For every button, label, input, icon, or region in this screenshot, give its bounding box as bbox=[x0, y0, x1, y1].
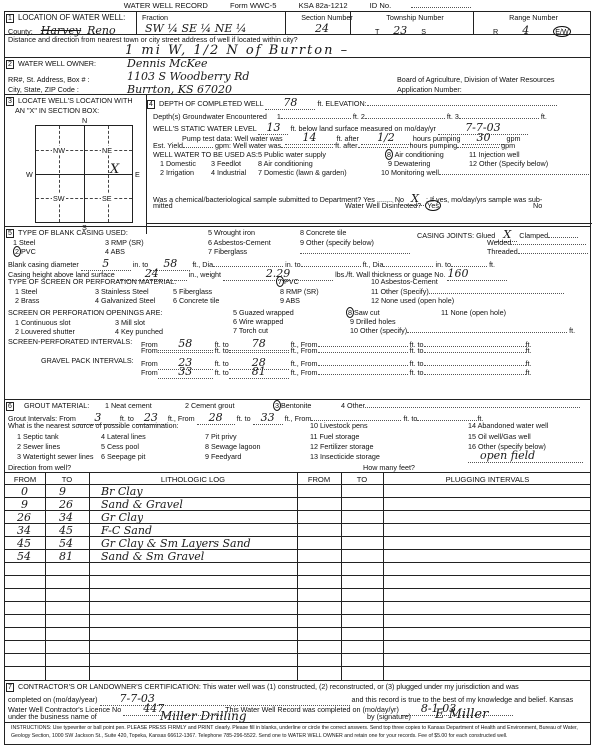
use-option[interactable]: 5 Public water supply bbox=[258, 150, 326, 159]
casing-option[interactable]: 6 Asbestos-Cement bbox=[208, 238, 271, 247]
signature-label: by (signature) bbox=[367, 712, 411, 721]
use-option[interactable]: 2 Irrigation bbox=[160, 168, 194, 177]
casing-option[interactable]: 3 RMP (SR) bbox=[105, 238, 144, 247]
nw-label: NW bbox=[52, 146, 66, 155]
how-many-feet-label: How many feet? bbox=[363, 463, 415, 472]
ksa-number: KSA 82a-1212 bbox=[299, 1, 348, 10]
gravel-intervals-label: GRAVEL PACK INTERVALS: bbox=[41, 356, 134, 365]
divider bbox=[297, 472, 298, 680]
instructions-text: INSTRUCTIONS: Use typewriter or ball poi… bbox=[11, 724, 587, 740]
groundwater-field[interactable]: Depth(s) Groundwater Encountered 1 ft. 2… bbox=[153, 112, 547, 121]
location-mark: X bbox=[110, 162, 119, 177]
gravel-interval-row[interactable]: From33 ft. to81 ft., From ft. toft. bbox=[141, 365, 532, 379]
disinfected-yes[interactable]: Yes bbox=[425, 200, 441, 211]
address-value[interactable]: 1103 S Woodberry Rd bbox=[127, 70, 249, 83]
disinfected-no[interactable]: No bbox=[533, 201, 542, 210]
contamination-option[interactable]: 10 Livestock pens bbox=[310, 421, 368, 430]
form-frame: 1LOCATION OF WATER WELL: County: Harvey … bbox=[4, 11, 591, 745]
divider bbox=[89, 472, 90, 680]
casing-other-field[interactable] bbox=[300, 247, 410, 256]
divider bbox=[45, 472, 46, 680]
casing-option[interactable]: 9 Other (specify below) bbox=[300, 238, 374, 247]
grout-option[interactable]: 4 Other bbox=[341, 401, 580, 410]
screen-option[interactable]: 12 None used (open hole) bbox=[371, 296, 454, 305]
screen-option[interactable]: 1 Steel bbox=[15, 287, 37, 296]
section-box[interactable]: NW NE SW SE X bbox=[35, 125, 133, 223]
divider bbox=[5, 226, 590, 227]
application-label: Application Number: bbox=[397, 85, 462, 94]
divider bbox=[146, 223, 592, 224]
form-header: WATER WELL RECORD Form WWC-5 KSA 82a-121… bbox=[0, 1, 595, 10]
depth-field[interactable]: 4DEPTH OF COMPLETED WELL 78 ft. ELEVATIO… bbox=[147, 96, 557, 110]
sw-label: SW bbox=[52, 194, 66, 203]
openings-label: SCREEN OR PERFORATION OPENINGS ARE: bbox=[8, 308, 162, 317]
sample-mitted: mitted bbox=[153, 201, 173, 210]
opening-option[interactable]: 3 Mill slot bbox=[115, 318, 145, 327]
use-option[interactable]: 1 Domestic bbox=[160, 159, 196, 168]
locate-label: 3LOCATE WELL'S LOCATION WITH bbox=[6, 96, 133, 106]
yield-field[interactable]: Est. Yield gpm: Well water was ft. after… bbox=[153, 141, 515, 150]
range-value: 4 bbox=[522, 24, 529, 37]
casing-option[interactable]: 8 Concrete tile bbox=[300, 228, 346, 237]
divider bbox=[285, 12, 286, 34]
contamination-option[interactable]: 13 Insecticide storage bbox=[310, 452, 380, 461]
range-field[interactable]: R 4 E/W bbox=[493, 24, 571, 37]
board-label: Board of Agriculture, Division of Water … bbox=[397, 75, 555, 84]
contamination-option[interactable]: 4 Lateral lines bbox=[101, 432, 146, 441]
divider bbox=[5, 722, 590, 723]
use-option[interactable]: 9 Dewatering bbox=[388, 159, 430, 168]
opening-option[interactable]: 9 Drilled holes bbox=[350, 317, 396, 326]
opening-option[interactable]: 1 Continuous slot bbox=[15, 318, 71, 327]
city-label: City, State, ZIP Code : bbox=[8, 85, 79, 94]
contamination-option[interactable]: 12 Fertilizer storage bbox=[310, 442, 374, 451]
screen-option[interactable]: 3 Stainless Steel bbox=[95, 287, 149, 296]
screen-interval-row[interactable]: From ft. to ft., From ft. toft. bbox=[141, 346, 532, 355]
screen-option-selected[interactable]: 7PVC bbox=[276, 277, 299, 286]
divider bbox=[5, 680, 590, 681]
form-title: WATER WELL RECORD bbox=[124, 1, 208, 10]
opening-option[interactable]: 10 Other (specify) ft. bbox=[350, 326, 575, 335]
contamination-option[interactable]: 9 Feedyard bbox=[205, 452, 241, 461]
use-option[interactable]: 3 Feedlot bbox=[211, 159, 241, 168]
casing-option[interactable]: 5 Wrought iron bbox=[208, 228, 255, 237]
opening-option[interactable]: 4 Key punched bbox=[115, 327, 163, 336]
use-option[interactable]: 10 Monitoring well bbox=[381, 168, 589, 177]
contamination-option[interactable]: 14 Abandoned water well bbox=[468, 421, 548, 430]
use-option[interactable]: 7 Domestic (lawn & garden) bbox=[258, 168, 347, 177]
fraction-label: Fraction bbox=[142, 13, 168, 22]
lithologic-log-table: FROM TO LITHOLOGIC LOG FROM TO PLUGGING … bbox=[5, 472, 590, 682]
use-option[interactable]: 12 Other (Specify below) bbox=[469, 159, 548, 168]
township-field[interactable]: T 23 S bbox=[375, 24, 426, 37]
north-label: N bbox=[82, 116, 87, 125]
opening-option[interactable]: 5 Guazed wrapped bbox=[233, 308, 294, 317]
contamination-option[interactable]: 6 Seepage pit bbox=[101, 452, 145, 461]
opening-option[interactable]: 7 Torch cut bbox=[233, 326, 268, 335]
east-label: E bbox=[135, 170, 140, 179]
contamination-option[interactable]: 5 Cess pool bbox=[101, 442, 139, 451]
threaded-field[interactable]: Threaded bbox=[487, 247, 588, 256]
distance-value[interactable]: 1 mi W, 1/2 N of Burrton – bbox=[125, 43, 349, 58]
divider bbox=[383, 472, 384, 680]
section1-heading: 1LOCATION OF WATER WELL: bbox=[6, 13, 125, 23]
grout-option[interactable]: 1 Neat cement bbox=[105, 401, 152, 410]
screen-option[interactable]: 11 Other (Specify) bbox=[371, 287, 564, 296]
screen-intervals-label: SCREEN-PERFORATED INTERVALS: bbox=[8, 337, 132, 346]
contamination-option[interactable]: 3 Watertight sewer lines bbox=[17, 452, 93, 461]
opening-option[interactable]: 2 Louvered shutter bbox=[15, 327, 75, 336]
township-value: 23 bbox=[393, 24, 407, 37]
signature-value[interactable]: E Miller bbox=[435, 707, 488, 722]
grout-option-selected[interactable]: 3Bentonite bbox=[273, 401, 311, 410]
screen-option[interactable]: 2 Brass bbox=[15, 296, 39, 305]
use-option-selected[interactable]: 8 Air conditioning bbox=[385, 150, 444, 159]
screen-option[interactable]: 9 ABS bbox=[280, 296, 300, 305]
opening-option-selected[interactable]: 8Saw cut bbox=[346, 308, 380, 317]
range-direction-circled: E/W bbox=[553, 26, 571, 37]
disinfected-field[interactable]: Water Well Disinfected? Yes No bbox=[345, 201, 542, 210]
divider bbox=[5, 399, 590, 400]
screen-option[interactable]: 5 Fiberglass bbox=[173, 287, 212, 296]
id-label: ID No. bbox=[370, 1, 392, 10]
direction-label: Direction from well? bbox=[8, 463, 71, 472]
grout-option[interactable]: 2 Cement grout bbox=[185, 401, 235, 410]
ne-label: NE bbox=[101, 146, 113, 155]
screen-material-label: TYPE OF SCREEN OR PERFORATION MATERIAL: bbox=[8, 277, 176, 286]
screen-option[interactable]: 4 Galvanized Steel bbox=[95, 296, 155, 305]
contamination-option[interactable]: 2 Sewer lines bbox=[17, 442, 60, 451]
se-label: SE bbox=[101, 194, 113, 203]
township-label: Township Number bbox=[355, 13, 475, 22]
casing-option[interactable]: 4 ABS bbox=[105, 247, 125, 256]
divider bbox=[5, 57, 590, 58]
contamination-option[interactable]: 8 Sewage lagoon bbox=[205, 442, 261, 451]
owner-value[interactable]: Dennis McKee bbox=[127, 57, 208, 70]
opening-option[interactable]: 11 None (open hole) bbox=[441, 308, 506, 317]
depth-value: 78 bbox=[283, 96, 297, 109]
business-value[interactable]: Miller Drilling bbox=[160, 709, 247, 723]
opening-option[interactable]: 6 Wire wrapped bbox=[233, 317, 283, 326]
range-label: Range Number bbox=[475, 13, 592, 22]
welded-field[interactable]: Welded bbox=[487, 238, 586, 247]
divider bbox=[473, 12, 474, 34]
certification-text: 7CONTRACTOR'S OR LANDOWNER'S CERTIFICATI… bbox=[6, 682, 519, 692]
locate-label-2: AN "X" IN SECTION BOX: bbox=[15, 106, 99, 115]
use-option[interactable]: 4 Industrial bbox=[211, 168, 246, 177]
address-label: RR#, St. Address, Box # : bbox=[8, 75, 90, 84]
use-option[interactable]: 11 Injection well bbox=[469, 150, 520, 159]
owner-label: 2WATER WELL OWNER: bbox=[6, 59, 96, 69]
screen-option[interactable]: 8 RMP (SR) bbox=[280, 287, 319, 296]
divider bbox=[136, 12, 137, 34]
contamination-option[interactable]: 15 Oil well/Gas well bbox=[468, 432, 531, 441]
id-field[interactable] bbox=[411, 7, 471, 8]
screen-option[interactable]: 10 Asbestos-Cement bbox=[371, 277, 438, 286]
business-label: under the business name of bbox=[8, 712, 97, 721]
divider bbox=[341, 472, 342, 680]
screen-option[interactable]: 6 Concrete tile bbox=[173, 296, 219, 305]
contamination-option[interactable]: 7 Pit privy bbox=[205, 432, 237, 441]
contamination-other-field[interactable]: open field bbox=[468, 449, 583, 463]
divider bbox=[146, 94, 147, 234]
use-option[interactable]: 8 Air conditioning bbox=[258, 159, 313, 168]
divider bbox=[350, 12, 351, 34]
casing-label: 5TYPE OF BLANK CASING USED: bbox=[6, 228, 128, 238]
divider bbox=[5, 94, 590, 95]
use-label: WELL WATER TO BE USED AS: bbox=[153, 150, 258, 159]
west-label: W bbox=[26, 170, 33, 179]
contamination-label: What is the nearest source of possible c… bbox=[8, 421, 179, 430]
contamination-option[interactable]: 1 Septic tank bbox=[17, 432, 59, 441]
casing-option[interactable]: 7 Fiberglass bbox=[208, 247, 247, 256]
grout-label: 6GROUT MATERIAL: bbox=[6, 401, 89, 411]
contamination-option[interactable]: 11 Fuel storage bbox=[310, 432, 359, 441]
form-number: Form WWC-5 bbox=[230, 1, 276, 10]
casing-option-selected[interactable]: 2PVC bbox=[13, 247, 36, 256]
